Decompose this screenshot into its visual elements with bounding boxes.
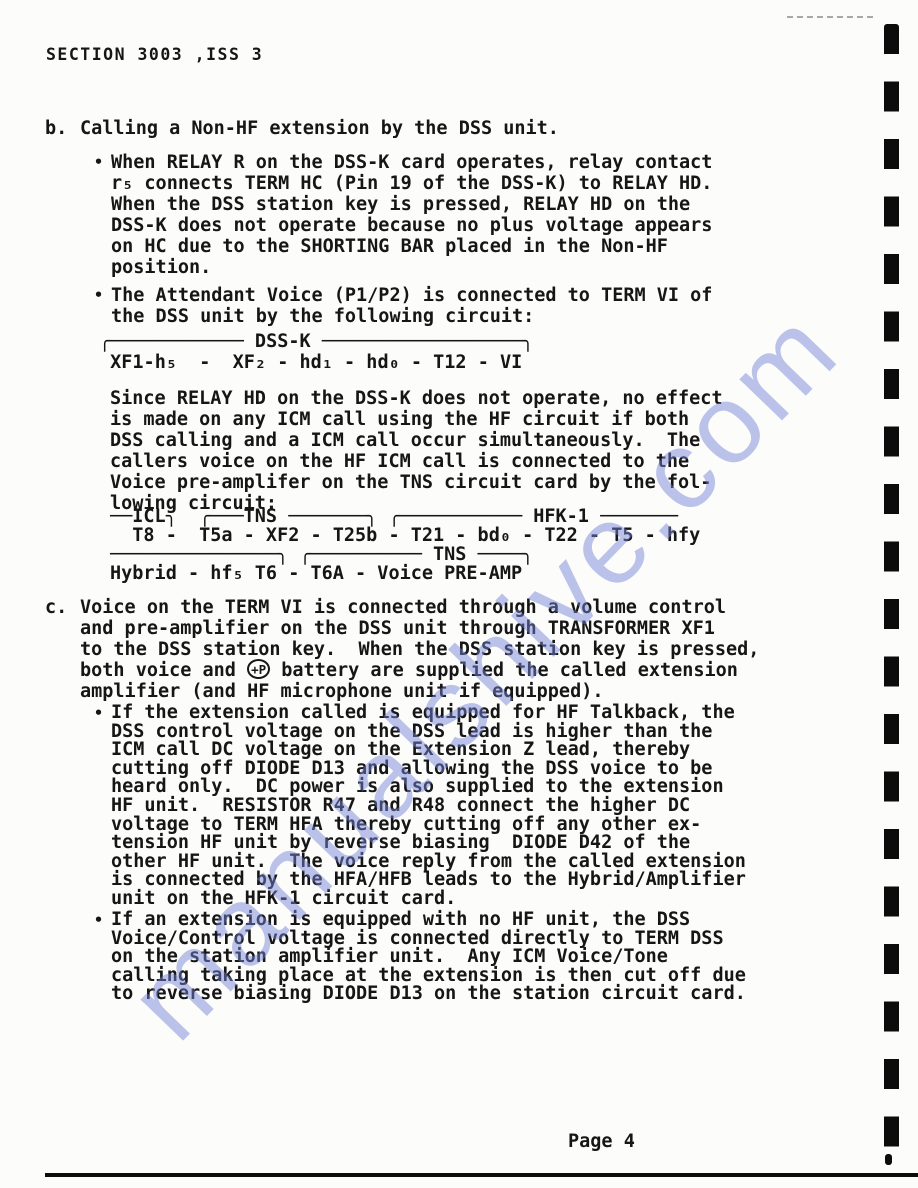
document-page: manualshive.com SECTION 3003 ,ISS 3 b. C… (0, 0, 918, 1188)
circuit-diagram-dss-k: ╭──────────── DSS-K ──────────────────╮ … (99, 331, 533, 373)
c-bullet-2: • If an extension is equipped with no HF… (94, 911, 746, 1004)
b-paragraph-relay-hd: Since RELAY HD on the DSS-K does not ope… (110, 388, 723, 514)
b-bullet-1: • When RELAY R on the DSS-K card operate… (94, 152, 712, 278)
section-c-label: c. (45, 597, 80, 618)
page-number: Page 4 (568, 1131, 635, 1152)
b-bullet-2-text: The Attendant Voice (P1/P2) is connected… (111, 285, 712, 327)
c-bullet-2-text: If an extension is equipped with no HF u… (111, 911, 746, 1004)
plus-p-battery-symbol-icon: +P (247, 659, 270, 679)
section-b-row: b. Calling a Non-HF extension by the DSS… (45, 118, 559, 139)
b-bullet-2: • The Attendant Voice (P1/P2) is connect… (94, 285, 712, 327)
section-b-title: Calling a Non-HF extension by the DSS un… (80, 118, 559, 139)
section-c-paragraph: Voice on the TERM VI is connected throug… (80, 597, 759, 702)
binding-marks-column (884, 24, 899, 1157)
bullet-icon: • (94, 285, 111, 327)
binding-mark-dot (885, 1154, 892, 1165)
c-bullet-1: • If the extension called is equipped fo… (94, 704, 746, 909)
b-bullet-1-text: When RELAY R on the DSS-K card operates,… (111, 152, 712, 278)
circuit-diagram-tns-hfk1: ──ICL╮ ╭───TNS ───────╮ ╭─────────── HFK… (110, 507, 700, 583)
bullet-icon: • (94, 911, 111, 1004)
section-b-label: b. (45, 118, 80, 139)
page-bottom-rule (45, 1173, 918, 1177)
section-c-row: c. Voice on the TERM VI is connected thr… (45, 597, 759, 702)
c-bullet-1-text: If the extension called is equipped for … (111, 704, 746, 909)
top-edge-dashed-line (787, 16, 873, 18)
bullet-icon: • (94, 704, 111, 909)
section-header: SECTION 3003 ,ISS 3 (46, 45, 263, 64)
bullet-icon: • (94, 152, 111, 278)
